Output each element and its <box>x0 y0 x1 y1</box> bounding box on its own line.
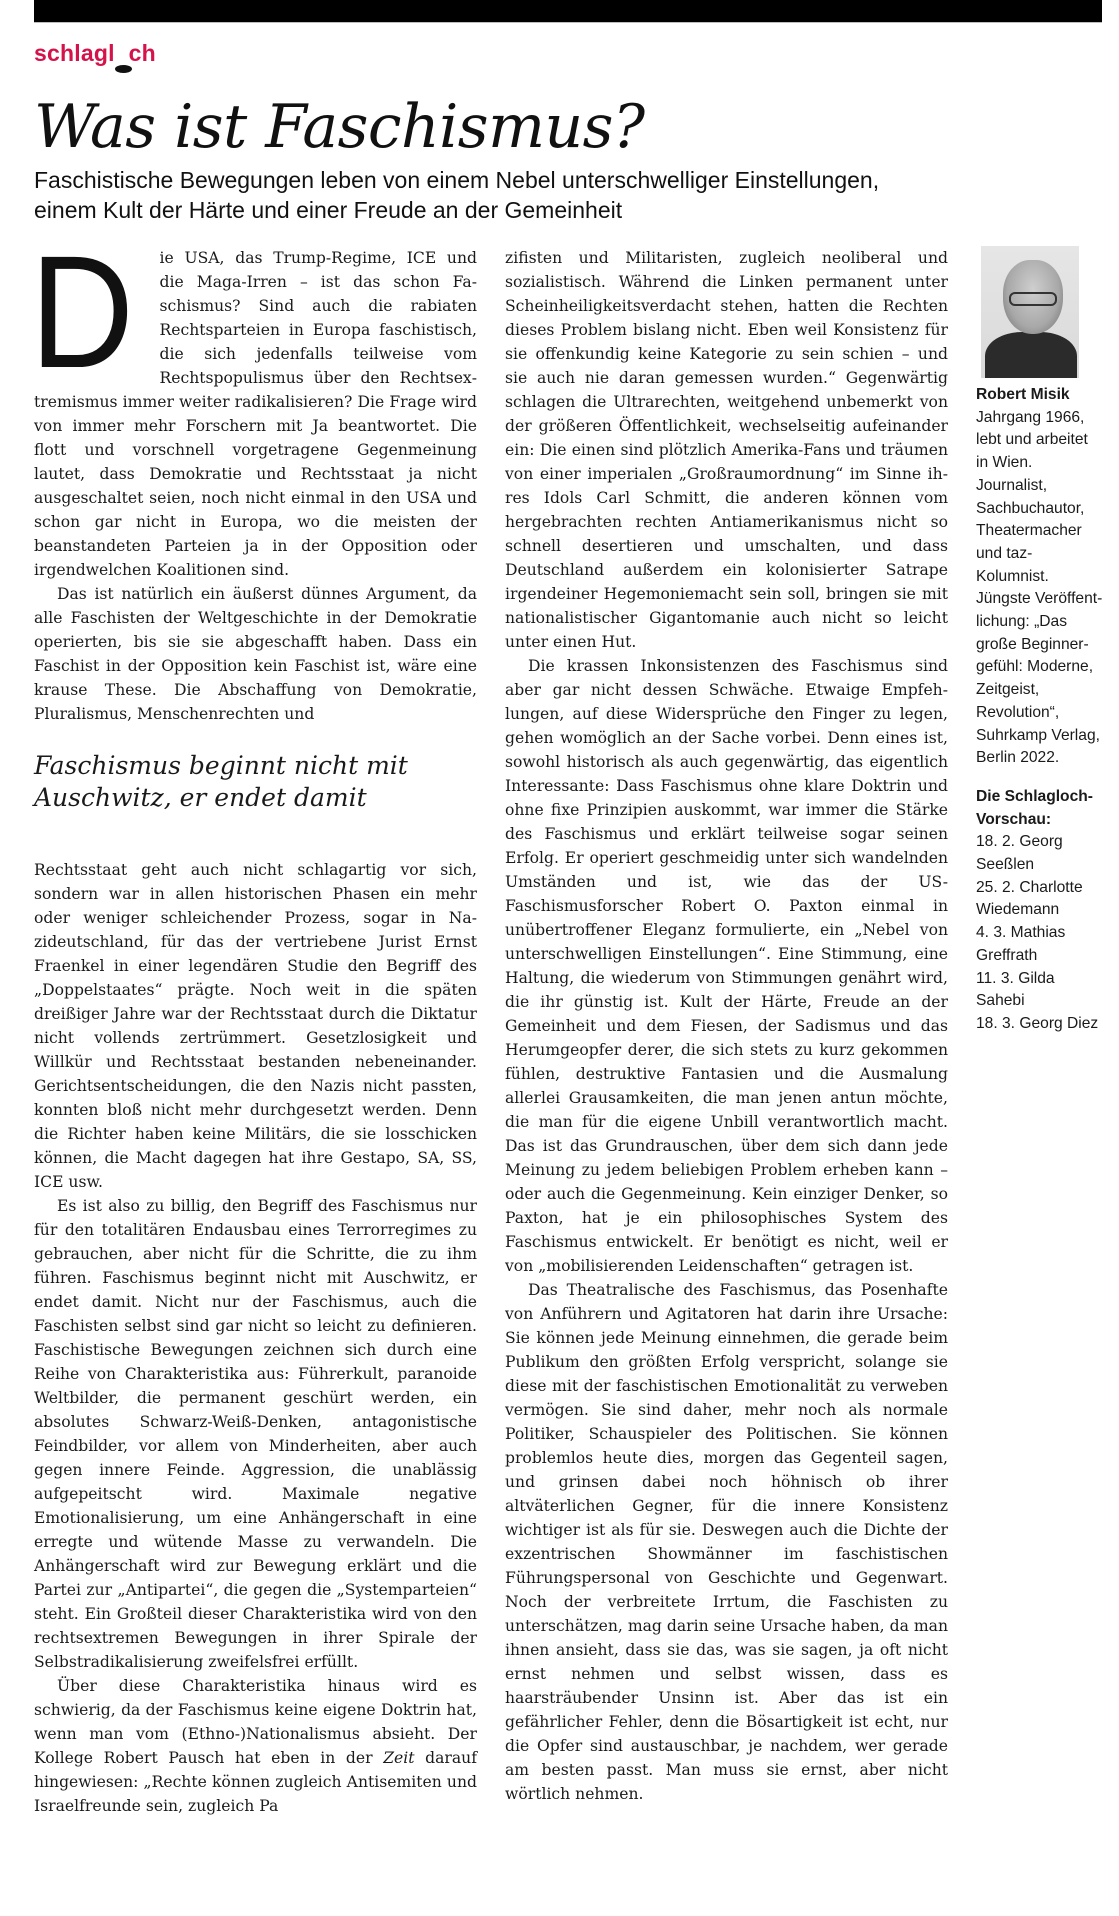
preview-item: 18. 2. Georg Seeßlen <box>976 831 1104 876</box>
subtitle: Faschistische Bewegungen leben von einem… <box>34 165 934 225</box>
paragraph: Das Theatralische des Faschismus, das Po… <box>505 1278 948 1806</box>
paragraph: zifisten und Militaristen, zugleich neol… <box>505 246 948 654</box>
drop-cap: D <box>30 246 146 384</box>
paragraph: Rechtsstaat geht auch nicht schlagartig … <box>34 858 477 1194</box>
kicker-text-end: ch <box>129 40 156 66</box>
publication-name: Zeit <box>383 1749 414 1767</box>
author-sidebar: Robert Misik Jahrgang 1966, lebt und arb… <box>976 246 1104 1036</box>
author-bio: Jahrgang 1966, lebt und arbeitet in Wien… <box>976 407 1104 770</box>
paragraph: Über diese Charakteristika hinaus wird e… <box>34 1674 477 1818</box>
preview-item: 18. 3. Georg Diez <box>976 1013 1104 1036</box>
author-name: Robert Misik <box>976 384 1104 407</box>
paragraph: Das ist natürlich ein äußerst dünnes Arg… <box>34 582 477 726</box>
top-bar <box>34 0 1102 23</box>
pothole-icon <box>115 51 129 61</box>
section-kicker: schlaglch <box>34 40 156 67</box>
preview-heading: Die Schlag­loch-Vor­schau: <box>976 786 1104 831</box>
page-title: Was ist Faschismus? <box>34 92 645 162</box>
paragraph: Es ist also zu billig, den Begriff des F… <box>34 1194 477 1674</box>
article-column-1: D ie USA, das Trump-Regime, ICE und die … <box>34 246 477 1818</box>
paragraph: Die krassen Inkonsistenzen des Faschismu… <box>505 654 948 1278</box>
pull-quote: Faschismus beginnt nicht mit Auschwitz, … <box>34 750 477 814</box>
kicker-text-start: schlagl <box>34 40 115 66</box>
article-column-2: zifisten und Militaristen, zugleich neol… <box>505 246 948 1806</box>
author-photo <box>981 246 1079 378</box>
preview-item: 4. 3. Mathias Greffrath <box>976 922 1104 967</box>
preview-item: 11. 3. Gilda Sahebi <box>976 968 1104 1013</box>
preview-item: 25. 2. Charlotte Wiedemann <box>976 877 1104 922</box>
